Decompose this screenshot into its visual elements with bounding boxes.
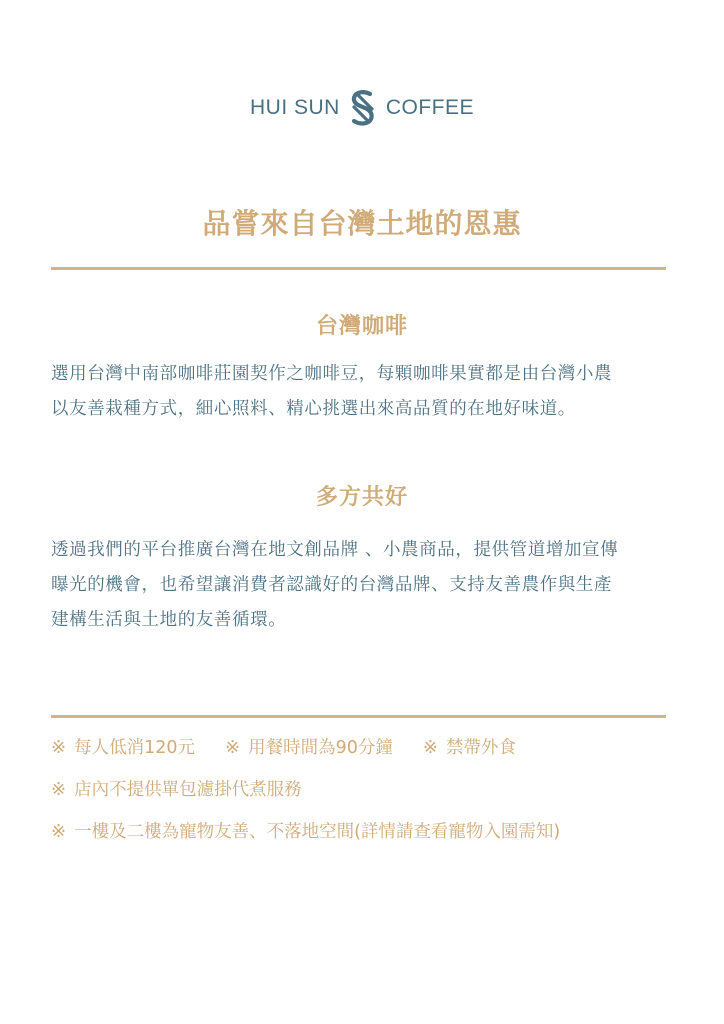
body-line: 曝光的機會，也希望讓消費者認識好的台灣品牌、支持友善農作與生產 <box>51 568 681 603</box>
rule-text: 禁帶外食 <box>446 731 516 765</box>
reference-mark-icon: ※ <box>423 731 438 765</box>
rules-row: ※ 店內不提供單包濾掛代煮服務 <box>51 773 691 807</box>
divider-bottom <box>51 715 666 718</box>
house-rules: ※ 每人低消120元 ※ 用餐時間為90分鐘 ※ 禁帶外食 ※ 店內不提供單包濾… <box>51 731 691 857</box>
body-line: 透過我們的平台推廣台灣在地文創品牌 、小農商品，提供管道增加宣傳 <box>51 533 681 568</box>
body-line: 以友善栽種方式，細心照料、精心挑選出來高品質的在地好味道。 <box>51 392 681 427</box>
section-body-shared-good: 透過我們的平台推廣台灣在地文創品牌 、小農商品，提供管道增加宣傳 曝光的機會，也… <box>51 533 681 638</box>
page-title: 品嘗來自台灣土地的恩惠 <box>0 202 724 242</box>
divider-top <box>51 267 666 270</box>
rule-no-drip-bag-brewing: ※ 店內不提供單包濾掛代煮服務 <box>51 773 302 807</box>
brand-name-right: COFFEE <box>386 96 474 120</box>
rule-no-outside-food: ※ 禁帶外食 <box>423 731 516 765</box>
body-line: 選用台灣中南部咖啡莊園契作之咖啡豆，每顆咖啡果實都是由台灣小農 <box>51 357 681 392</box>
body-line: 建構生活與土地的友善循環。 <box>51 603 681 638</box>
rule-pet-friendly: ※ 一樓及二樓為寵物友善、不落地空間(詳情請查看寵物入園需知) <box>51 815 560 849</box>
reference-mark-icon: ※ <box>51 773 66 807</box>
brand-logo: HUI SUN COFFEE <box>0 90 724 126</box>
section-body-taiwan-coffee: 選用台灣中南部咖啡莊園契作之咖啡豆，每顆咖啡果實都是由台灣小農 以友善栽種方式，… <box>51 357 681 427</box>
section-title-shared-good: 多方共好 <box>0 480 724 511</box>
s-monogram-icon <box>348 90 378 126</box>
rule-text: 每人低消120元 <box>74 731 195 765</box>
section-title-taiwan-coffee: 台灣咖啡 <box>0 309 724 340</box>
rule-text: 店內不提供單包濾掛代煮服務 <box>74 773 302 807</box>
reference-mark-icon: ※ <box>225 731 240 765</box>
reference-mark-icon: ※ <box>51 815 66 849</box>
rule-time-limit: ※ 用餐時間為90分鐘 <box>225 731 393 765</box>
rules-row: ※ 每人低消120元 ※ 用餐時間為90分鐘 ※ 禁帶外食 <box>51 731 691 765</box>
rule-text: 一樓及二樓為寵物友善、不落地空間(詳情請查看寵物入園需知) <box>74 815 560 849</box>
rules-row: ※ 一樓及二樓為寵物友善、不落地空間(詳情請查看寵物入園需知) <box>51 815 691 849</box>
brand-name-left: HUI SUN <box>250 96 340 120</box>
rule-minimum-charge: ※ 每人低消120元 <box>51 731 195 765</box>
reference-mark-icon: ※ <box>51 731 66 765</box>
rule-text: 用餐時間為90分鐘 <box>248 731 393 765</box>
